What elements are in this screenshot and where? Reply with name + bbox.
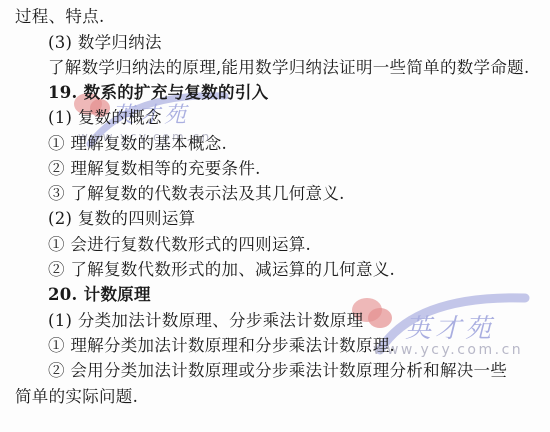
- section-heading: 19. 数系的扩充与复数的引入: [48, 83, 268, 103]
- watermark-logo-icon: [345, 290, 550, 370]
- watermark-url: www.ycy.com.cn: [373, 342, 523, 358]
- subsection-heading: (3) 数学归纳法: [48, 33, 162, 53]
- list-item: ② 会用分类加法计数原理或分步乘法计数原理分析和解决一些: [48, 361, 507, 381]
- watermark-lower: 英才苑 www.ycy.com.cn: [345, 290, 550, 370]
- document-page: 英才苑 www.ycy.com.cn 英才苑 www.ycy.com.cn 过程…: [0, 0, 550, 432]
- subsection-heading: (1) 复数的概念: [48, 108, 162, 128]
- list-item: ① 理解分类加法计数原理和分步乘法计数原理.: [48, 336, 395, 356]
- list-item: ② 理解复数相等的充要条件.: [48, 159, 261, 179]
- text-line-continuation: 简单的实际问题.: [15, 387, 138, 407]
- section-heading: 20. 计数原理: [48, 285, 151, 305]
- list-item: ① 会进行复数代数形式的四则运算.: [48, 235, 311, 255]
- watermark-brand: 英才苑: [405, 308, 495, 345]
- text-line: 了解数学归纳法的原理,能用数学归纳法证明一些简单的数学命题.: [48, 58, 530, 78]
- subsection-heading: (1) 分类加法计数原理、分步乘法计数原理: [48, 311, 363, 331]
- list-item: ② 了解复数代数形式的加、减运算的几何意义.: [48, 260, 395, 280]
- list-item: ① 理解复数的基本概念.: [48, 134, 227, 154]
- list-item: ③ 了解复数的代数表示法及其几何意义.: [48, 184, 345, 204]
- text-line-continuation: 过程、特点.: [15, 7, 105, 27]
- subsection-heading: (2) 复数的四则运算: [48, 209, 195, 229]
